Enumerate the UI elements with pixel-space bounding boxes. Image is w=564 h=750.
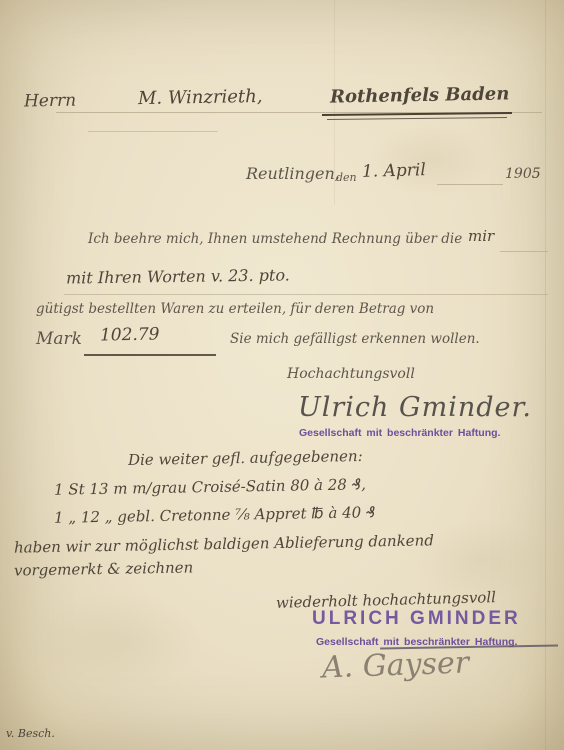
mark-label-printed: Mark bbox=[36, 329, 82, 349]
salutation-herrn: Herrn bbox=[24, 91, 76, 112]
addressee-name: M. Winzrieth, bbox=[138, 86, 263, 109]
mark-amount-underline bbox=[84, 354, 216, 356]
note-line-1: Die weiter gefl. aufgegebenen: bbox=[128, 447, 363, 469]
note-line-2: 1 St 13 m m/grau Croisé-Satin 80 à 28 ₰, bbox=[54, 475, 366, 498]
body-line1-trailing-rule bbox=[500, 251, 548, 252]
closing-hochachtungsvoll: Hochachtungsvoll bbox=[287, 366, 415, 382]
date-day-month-handwritten: 1. April bbox=[362, 160, 426, 182]
body-line2-ruled-line bbox=[64, 294, 548, 295]
body-line3-printed: gütigst bestellten Waren zu erteilen, fü… bbox=[36, 301, 434, 317]
date-city-printed: Reutlingen, bbox=[246, 164, 340, 183]
note-line-4: haben wir zur möglichst baldigen Abliefe… bbox=[14, 531, 434, 556]
paper-crease-right bbox=[545, 0, 546, 750]
addressee-place: Rothenfels Baden bbox=[330, 83, 510, 107]
body-line2-handwritten: mit Ihren Worten v. 23. pto. bbox=[66, 265, 290, 287]
signature-handwritten: A. Gayser bbox=[321, 645, 469, 685]
note-line-5: vorgemerkt & zeichnen bbox=[14, 558, 194, 579]
body-line4-printed: Sie mich gefälligst erkennen wollen. bbox=[230, 331, 480, 347]
address-ruled-line-2 bbox=[88, 131, 218, 132]
date-year: 1905 bbox=[505, 166, 541, 182]
date-den-printed: den bbox=[336, 171, 357, 184]
date-year-digit-handwritten: 5 bbox=[532, 166, 541, 182]
mark-amount-handwritten: 102.79 bbox=[100, 324, 160, 345]
body-line1-printed: Ich beehre mich, Ihnen umstehend Rechnun… bbox=[88, 231, 462, 247]
firm-stamp-name: ULRICH GMINDER bbox=[312, 608, 521, 630]
letter-page: Herrn M. Winzrieth, Rothenfels Baden Reu… bbox=[0, 0, 564, 750]
footnote-handwritten: v. Besch. bbox=[6, 727, 55, 740]
firm-subtitle-stamp: Gesellschaft mit beschränkter Haftung. bbox=[299, 427, 500, 439]
body-line1-handwritten: mir bbox=[468, 227, 494, 245]
date-year-printed: 190 bbox=[505, 166, 532, 182]
place-underline-2 bbox=[327, 117, 507, 120]
firm-name-script: Ulrich Gminder. bbox=[298, 392, 532, 423]
date-ruled-line bbox=[437, 184, 503, 185]
note-line-3: 1 „ 12 „ gebl. Cretonne ⅞ Appret ℔ à 40 … bbox=[54, 503, 376, 527]
